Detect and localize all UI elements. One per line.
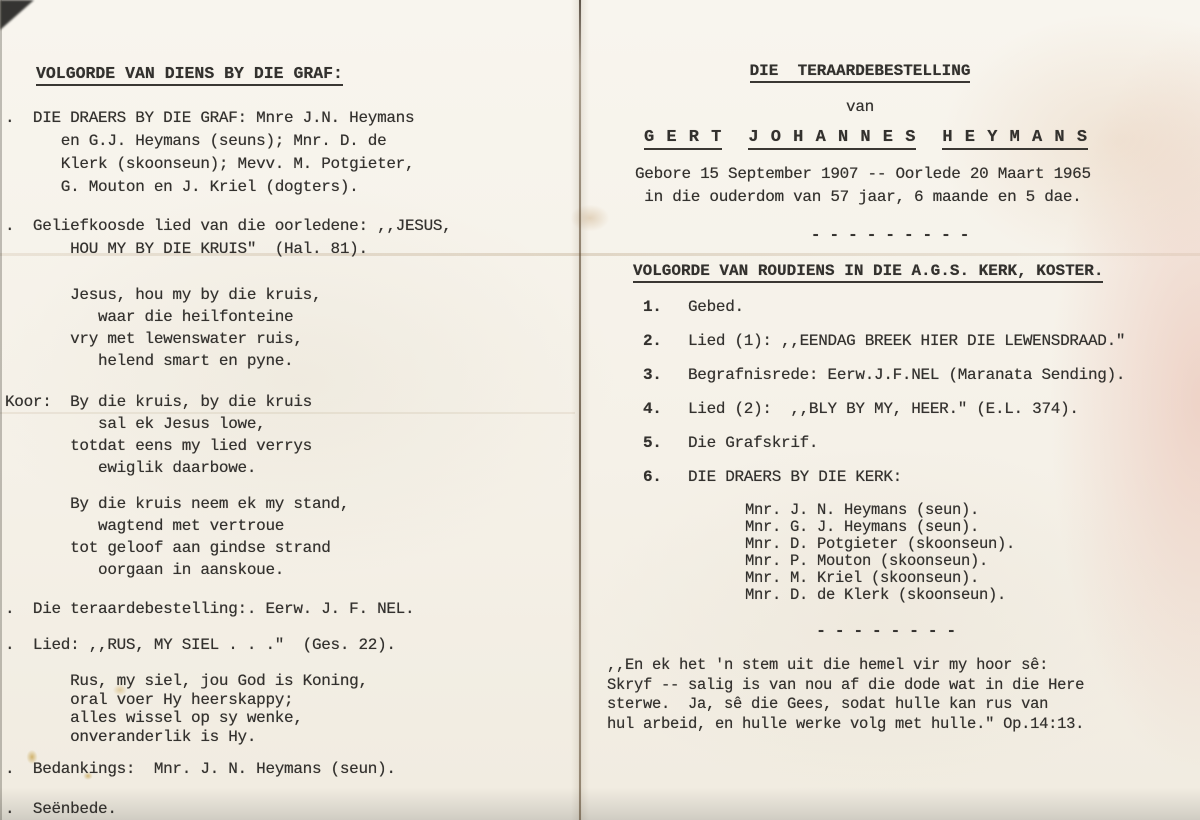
deceased-last-name: H E Y M A N S [942,128,1088,150]
program-left-page: VOLGORDE VAN DIENS BY DIE GRAF: . DIE DR… [0,0,578,820]
scripture-quote: ,,En ek het 'n stem uit die hemel vir my… [607,656,1157,734]
bearer-row-3: Mnr. D. Potgieter (skoonseun). [745,536,1157,553]
birth-death-dates: Gebore 15 September 1907 -- Oorlede 20 M… [635,163,1157,209]
benediction-item: . Seënbede. [5,798,578,820]
deceased-name: G E R TJ O H A N N E SH E Y M A N S [575,128,1157,150]
favorite-hymn-item: . Geliefkoosde lied van die oorledene: ,… [5,215,578,261]
church-pallbearers-list: Mnr. J. N. Heymans (seun). Mnr. G. J. He… [745,502,1157,604]
thanks-item: . Bedankings: Mnr. J. N. Heymans (seun). [5,758,578,781]
service-item-2: 2.Lied (1): ,,EENDAG BREEK HIER DIE LEWE… [643,330,1157,353]
dates-line-1: Gebore 15 September 1907 -- Oorlede 20 M… [635,163,1157,186]
church-service-list: 1.Gebed. 2.Lied (1): ,,EENDAG BREEK HIER… [643,296,1157,489]
hymn-verse-3: Rus, my siel, jou God is Koning, oral vo… [5,672,578,746]
second-hymn-item: . Lied: ,,RUS, MY SIEL . . ." (Ges. 22). [5,634,578,657]
committal-item: . Die teraardebestelling:. Eerw. J. F. N… [5,598,578,621]
hymn-verse-2: By die kruis neem ek my stand, wagtend m… [5,493,578,581]
hymn-verse-1: Jesus, hou my by die kruis, waar die hei… [5,284,578,372]
deceased-first-name: G E R T [644,128,722,150]
service-item-4: 4.Lied (2): ,,BLY BY MY, HEER." (E.L. 37… [643,398,1157,421]
bearer-row-6: Mnr. D. de Klerk (skoonseun). [745,587,1157,604]
bearer-row-4: Mnr. P. Mouton (skoonseun). [745,553,1157,570]
service-item-3: 3.Begrafnisrede: Eerw.J.F.NEL (Maranata … [643,364,1157,387]
church-service-heading: VOLGORDE VAN ROUDIENS IN DIE A.G.S. KERK… [633,262,1103,283]
service-item-5: 5.Die Grafskrif. [643,432,1157,455]
dates-line-2: in die ouderdom van 57 jaar, 6 maande en… [635,186,1157,209]
bearer-row-5: Mnr. M. Kriel (skoonseun). [745,570,1157,587]
bearer-row-1: Mnr. J. N. Heymans (seun). [745,502,1157,519]
van-label: van [846,98,874,116]
divider-dashes-1: - - - - - - - - - [811,226,969,244]
service-item-1: 1.Gebed. [643,296,1157,319]
service-item-6: 6.DIE DRAERS BY DIE KERK: [643,466,1157,489]
divider-dashes-2: - - - - - - - - [816,622,956,640]
program-right-page: DIE TERAARDEBESTELLING van G E R TJ O H … [585,0,1157,734]
hymn-chorus: Koor: By die kruis, by die kruis sal ek … [5,391,578,479]
funeral-title: DIE TERAARDEBESTELLING [750,62,971,83]
deceased-middle-name: J O H A N N E S [748,128,916,150]
grave-service-heading: VOLGORDE VAN DIENS BY DIE GRAF: [36,64,343,86]
bearer-row-2: Mnr. G. J. Heymans (seun). [745,519,1157,536]
center-fold-line [579,0,581,820]
grave-pallbearers-item: . DIE DRAERS BY DIE GRAF: Mnre J.N. Heym… [5,107,578,199]
